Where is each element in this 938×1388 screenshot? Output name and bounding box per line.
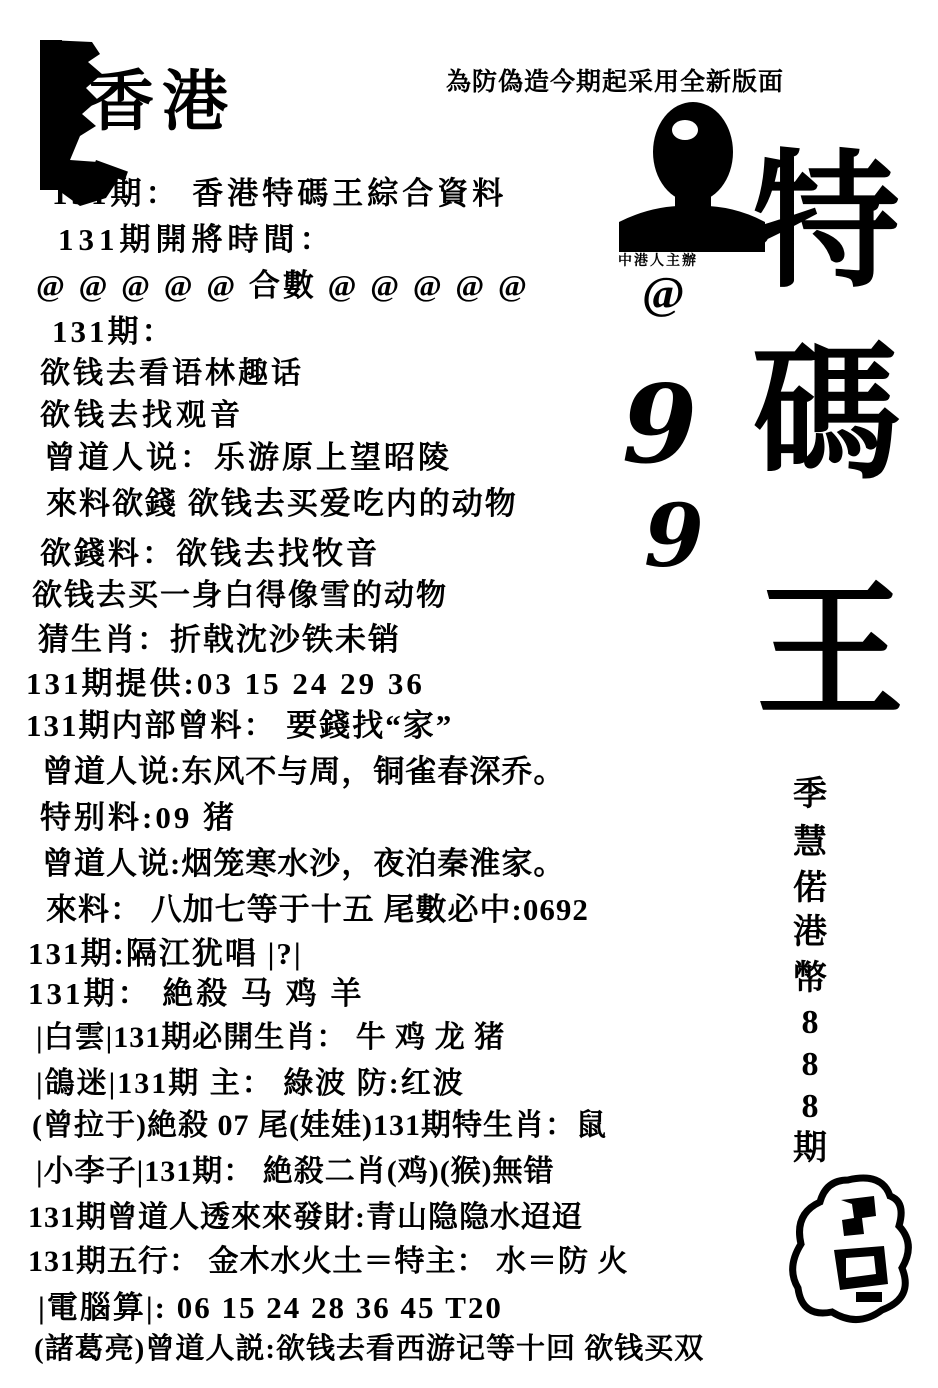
text-line-internal: 131期内部曾料： 要錢找“家” (26, 700, 453, 745)
text-line-tailnumber: 來料： 八加七等于十五 尾數必中:0692 (46, 884, 589, 929)
text-line-tip: 欲钱去找观音 (40, 390, 244, 434)
text-line-issue-title: 131期： 香港特碼王綜合資料 (52, 168, 507, 213)
text-line-tip: 欲钱去买一身白得像雪的动物 (32, 570, 448, 614)
region-label: 香港 (88, 48, 236, 143)
side-vertical-char: 季 (788, 778, 832, 812)
text-line-xiaolizi: |小李子|131期： 絶殺二肖(鸡)(猴)無错 (36, 1146, 555, 1190)
text-line-zengdaoren: 曾道人说:烟笼寒水沙，夜泊秦淮家。 (42, 838, 565, 883)
masthead-char-ma: 碼 (752, 342, 900, 490)
side-vertical-char: 幣 (788, 962, 832, 996)
text-line-zenglayu: (曾拉于)絶殺 07 尾(娃娃)131期特生肖：鼠 (32, 1100, 607, 1144)
text-line-zodiac-guess: 猜生肖：折戟沈沙铁未销 (38, 614, 401, 659)
side-vertical-char: 慧 (788, 826, 832, 860)
text-line-computer-calc: |電腦算|: 06 15 24 28 36 45 T20 (38, 1282, 503, 1327)
text-line-zengdaoren: 曾道人说：乐游原上望昭陵 (44, 432, 452, 477)
side-vertical-char: 偌 (788, 872, 832, 906)
text-line-special: 特别料:09 猪 (40, 792, 237, 837)
masthead-char-te: 特 (752, 150, 900, 298)
year-digit-9-bottom: 9 (644, 486, 704, 587)
anti-counterfeit-notice: 為防偽造今期起采用全新版面 (446, 62, 784, 98)
side-vertical-char: 8 (788, 1006, 832, 1040)
year-digit-9-top: 9 (622, 362, 697, 488)
text-line-baiyun: |白雲|131期必開生肖： 牛 鸡 龙 猪 (36, 1012, 505, 1056)
text-line-issue: 131期： (52, 306, 176, 351)
text-line-gemi: |鴿迷|131期 主： 綠波 防:红波 (36, 1058, 465, 1102)
text-line-zhugeliang: (諸葛亮)曾道人説:欲钱去看西游记等十回 欲钱买双 (34, 1326, 704, 1367)
text-line-five-elements: 131期五行： 金木水火土＝特主： 水＝防 火 (28, 1236, 629, 1280)
text-line-poem: 131期:隔江犹唱 |?| (28, 928, 303, 973)
text-line-numbers: 131期提供:03 15 24 29 36 (26, 658, 425, 703)
masthead-char-wang: 王 (756, 580, 904, 728)
portrait-silhouette (605, 100, 775, 252)
text-line-draw-time: 131期開將時間： (58, 214, 336, 259)
text-line-hesum: @ @ @ @ @ 合數 @ @ @ @ @ (36, 260, 530, 305)
scanned-tip-sheet-page: 香港 為防偽造今期起采用全新版面 中港人主辦 @ 特 碼 王 9 9 季 慧 偌… (0, 0, 938, 1388)
text-line-tip: 欲錢料：欲钱去找牧音 (40, 528, 380, 573)
at-mark: @ (642, 266, 685, 319)
side-vertical-char: 8 (788, 1090, 832, 1124)
text-line-tip: 來料欲錢 欲钱去买爱吃内的动物 (46, 478, 518, 523)
text-line-tip: 欲钱去看语林趣话 (40, 348, 304, 392)
seal-stamp-graphic (786, 1172, 936, 1340)
side-vertical-char: 港 (788, 916, 832, 950)
text-line-fortune: 131期曾道人透來來發財:青山隐隐水迢迢 (28, 1192, 583, 1236)
side-vertical-char: 期 (788, 1132, 832, 1166)
side-vertical-char: 8 (788, 1048, 832, 1082)
text-line-zengdaoren: 曾道人说:东风不与周，铜雀春深乔。 (42, 746, 565, 791)
text-line-kill-zodiac: 131期： 絶殺 马 鸡 羊 (28, 968, 365, 1013)
